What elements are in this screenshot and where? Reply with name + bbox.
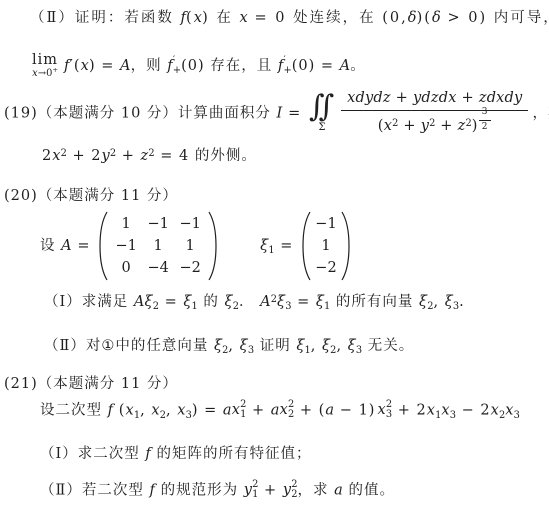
text: > 0) 内可导，且 — [441, 10, 549, 26]
matrix: 1−1−1−1110−4−2 — [99, 211, 217, 281]
fraction: xdydz + ydzdx + zdxdy(x2 + y2 + z2)32 — [341, 88, 528, 139]
superscript: 2 — [110, 148, 116, 159]
text: )( — [417, 10, 432, 26]
question-20-part-2: （Ⅱ）对①中的任意向量 ξ2, ξ3 证明 ξ1, ξ2, ξ3 无关。 — [44, 337, 414, 356]
text: , — [433, 294, 444, 310]
text: ( — [113, 402, 125, 418]
matrix-cell: 1 — [110, 213, 142, 235]
text: 设二次型 — [40, 402, 108, 418]
text: ′( — [70, 58, 81, 74]
subscript: 2 — [222, 345, 228, 356]
under-symbol: Σ — [319, 123, 326, 134]
math-var: ξ — [240, 338, 248, 354]
text: Σ — [319, 122, 326, 133]
question-19-heading: (19)（本题满分 10 分）计算曲面积分 I = ∫∫Σxdydz + ydz… — [4, 88, 549, 139]
math-var: x — [52, 148, 60, 164]
matrix-cell: −1 — [313, 213, 339, 235]
document-page: （Ⅱ）证明：若函数 f(x) 在 x = 0 处连续，在 (0,δ)(δ > 0… — [0, 0, 549, 509]
text: (21)（本题满分 11 分） — [4, 376, 178, 392]
subscript: 3 — [248, 345, 254, 356]
math-var: ydzdx — [413, 90, 457, 106]
subscript: 1 — [435, 410, 441, 421]
matrix-row: −111 — [110, 235, 206, 257]
subscript: 3 — [356, 345, 362, 356]
superscript: 2 — [61, 148, 67, 159]
math-var: ξ — [145, 294, 153, 310]
text: 的所有向量 — [330, 294, 419, 310]
numerator: 3 — [479, 107, 491, 121]
subscript: 1 — [268, 245, 274, 256]
column-vector: −11−2 — [302, 211, 350, 281]
matrix-row: 0−4−2 — [110, 257, 206, 279]
math-var: x — [491, 402, 499, 418]
text: + ( — [294, 402, 325, 418]
text: − 2 — [456, 402, 491, 418]
text: = — [275, 238, 299, 254]
integral-glyph: ∫ — [319, 89, 336, 124]
superscript: 2 — [429, 118, 435, 129]
math-var: y — [244, 482, 252, 498]
math-var: x — [81, 58, 89, 74]
denominator: 2 — [479, 121, 491, 134]
question-20-heading: (20)（本题满分 11 分） — [4, 187, 178, 206]
text: ． — [239, 294, 260, 310]
text: 2 — [482, 122, 488, 132]
text: （Ⅰ）求满足 — [44, 294, 134, 310]
math-var: x — [194, 10, 202, 26]
matrix-cell: 1 — [174, 235, 206, 257]
text: , — [228, 338, 239, 354]
matrix-row: −2 — [313, 257, 339, 279]
subscript: 1 — [324, 301, 330, 312]
math-var: x — [232, 402, 240, 418]
subscript: 3 — [186, 410, 192, 421]
subscript: 2 — [330, 345, 336, 356]
text: 无关。 — [362, 338, 414, 354]
text: 的值。 — [343, 482, 395, 498]
limit-statement-line: limx→0+f′(x) = A，则 f′+(0) 存在，且 f′+(0) = … — [30, 53, 366, 79]
text: ) 在 — [202, 10, 239, 26]
math-var: ξ — [316, 294, 324, 310]
subscript: 1 — [134, 410, 140, 421]
text: （Ⅱ）对①中的任意向量 — [44, 338, 214, 354]
sub-sup-group: f′+ — [278, 58, 292, 74]
subscript: 1 — [192, 301, 198, 312]
sub-sup-group: x21 — [232, 402, 247, 418]
text: = 4 的外侧。 — [155, 148, 257, 164]
math-var: x — [177, 402, 185, 418]
superscript: 2 — [466, 118, 472, 129]
text: (0) = — [292, 58, 340, 74]
math-var: A — [260, 294, 271, 310]
text: + — [258, 482, 282, 498]
text: ( — [186, 10, 194, 26]
math-var: A — [120, 58, 131, 74]
subscript: 3 — [453, 301, 459, 312]
text: 设 — [40, 238, 61, 254]
math-var: y — [283, 482, 291, 498]
script-stack: ′+ — [173, 56, 181, 77]
matrix-body: 1−1−1−1110−4−2 — [110, 213, 206, 279]
math-var: ξ — [225, 294, 233, 310]
text: = 0 处连续，在 — [248, 10, 382, 26]
subscript: + — [283, 66, 291, 76]
text: →0 — [38, 68, 53, 79]
text: . — [459, 294, 465, 310]
subscript: + — [173, 66, 181, 76]
text: 的 — [198, 294, 225, 310]
text: ) = — [192, 402, 223, 418]
matrix-cell: −4 — [142, 257, 174, 279]
sub-sup-group: f′+ — [167, 58, 181, 74]
sub-sup-group: y21 — [244, 482, 259, 498]
text: , — [140, 402, 151, 418]
math-var: z — [458, 118, 466, 134]
question-19-surface-line: 2x2 + 2y2 + z2 = 4 的外侧。 — [42, 147, 257, 166]
text: = — [291, 294, 315, 310]
text: 。 — [350, 58, 366, 74]
text: （Ⅱ）证明：若函数 — [30, 10, 180, 26]
text: = — [282, 106, 306, 122]
text: 3 — [482, 107, 488, 117]
question-21-part-2: （Ⅱ）若二次型 f 的规范形为 y21 + y22，求 a 的值。 — [40, 480, 395, 501]
fraction: 32 — [479, 107, 491, 133]
question-20-matrix-setup: 设 A = 1−1−1−1110−4−2ξ1 = −11−2 — [40, 211, 353, 281]
matrix-paren-right-icon — [208, 211, 217, 281]
math-var: xdydz — [347, 90, 391, 106]
matrix-row: 1−1−1 — [110, 213, 206, 235]
math-var: a — [334, 482, 343, 498]
text: + 2 — [392, 402, 427, 418]
script-stack: ′+ — [283, 56, 291, 77]
text: , — [336, 338, 347, 354]
math-var: x — [125, 402, 133, 418]
text: ，则 — [131, 58, 168, 74]
question-21-part-1: （Ⅰ）求二次型 f 的矩阵的所有特征值； — [40, 445, 312, 464]
subscript: 3 — [450, 410, 456, 421]
under-symbol: x→0+ — [32, 69, 58, 80]
math-var: a — [325, 402, 334, 418]
question-21-quadratic-form: 设二次型 f (x1, x2, x3) = ax21 + ax22 + (a −… — [40, 400, 520, 421]
math-var: δ — [432, 10, 441, 26]
math-var: a — [271, 402, 280, 418]
matrix-paren-left-icon — [99, 211, 108, 281]
text: ) = — [89, 58, 120, 74]
matrix-cell: 0 — [110, 257, 142, 279]
math-var: a — [223, 402, 232, 418]
question-21-heading: (21)（本题满分 11 分） — [4, 375, 178, 394]
subscript: 2 — [427, 301, 433, 312]
math-var: A — [134, 294, 145, 310]
math-var: A — [340, 58, 351, 74]
matrix-row: 1 — [313, 235, 339, 257]
text: (0) 存在，且 — [181, 58, 278, 74]
math-var: x — [441, 402, 449, 418]
subscript: 3 — [285, 301, 291, 312]
superscript: 2 — [392, 118, 398, 129]
subscript: 2 — [499, 410, 505, 421]
math-var: ξ — [419, 294, 427, 310]
text: 2 — [42, 148, 52, 164]
matrix-cell: 1 — [313, 235, 339, 257]
text: 的规范形为 — [155, 482, 244, 498]
text: = — [72, 238, 96, 254]
math-var: y — [421, 118, 429, 134]
text: (20)（本题满分 11 分） — [4, 188, 178, 204]
text: = — [159, 294, 183, 310]
matrix-cell: −1 — [110, 235, 142, 257]
math-var: x — [240, 10, 248, 26]
sub-sup-group: x23 — [377, 402, 392, 418]
text: ，求 — [297, 482, 334, 498]
math-var: zdxdy — [479, 90, 523, 106]
text: ，其中 — [532, 106, 549, 122]
text: + — [246, 402, 270, 418]
text: （Ⅱ）若二次型 — [40, 482, 149, 498]
subscript: 3 — [514, 410, 520, 421]
text: (19)（本题满分 10 分）计算曲面积分 — [4, 106, 277, 122]
text: , — [311, 338, 322, 354]
math-var: δ — [408, 10, 417, 26]
matrix-cell: −2 — [174, 257, 206, 279]
matrix-cell: −2 — [313, 257, 339, 279]
denominator: (x2 + y2 + z2)32 — [341, 111, 528, 139]
matrix-body: −11−2 — [313, 213, 339, 279]
math-var: x — [280, 402, 288, 418]
matrix-cell: −1 — [174, 213, 206, 235]
text: 的矩阵的所有特征值； — [151, 446, 312, 462]
matrix-cell: −1 — [142, 213, 174, 235]
subscript: 1 — [305, 345, 311, 356]
text: (0, — [382, 10, 408, 26]
text: （Ⅰ）求二次型 — [40, 446, 145, 462]
math-var: ξ — [348, 338, 356, 354]
numerator: xdydz + ydzdx + zdxdy — [341, 88, 528, 111]
matrix-paren-right-icon — [341, 211, 350, 281]
sub-sup-group: y22 — [283, 482, 298, 498]
math-var: x — [427, 402, 435, 418]
math-var: A — [61, 238, 72, 254]
math-var: x — [505, 402, 513, 418]
text: , — [166, 402, 177, 418]
matrix-paren-left-icon — [302, 211, 311, 281]
text: + — [435, 118, 457, 134]
text: ) — [472, 118, 478, 134]
math-var: ξ — [277, 294, 285, 310]
math-var: ξ — [296, 338, 304, 354]
math-var: y — [101, 148, 109, 164]
math-var: x — [377, 402, 385, 418]
under-stack: limx→0+ — [32, 53, 58, 79]
math-var: ξ — [214, 338, 222, 354]
main-symbol: ∫∫ — [309, 93, 335, 122]
double-integral-icon: ∫∫ — [309, 93, 335, 122]
subscript: 2 — [160, 410, 166, 421]
superscript: 2 — [271, 294, 277, 305]
sub-sup-group: x22 — [280, 402, 295, 418]
text: + — [391, 90, 413, 106]
math-var: ξ — [183, 294, 191, 310]
text: 证明 — [254, 338, 296, 354]
proof-statement-line: （Ⅱ）证明：若函数 f(x) 在 x = 0 处连续，在 (0,δ)(δ > 0… — [30, 9, 549, 28]
question-20-part-1: （Ⅰ）求满足 Aξ2 = ξ1 的 ξ2． A2ξ3 = ξ1 的所有向量 ξ2… — [44, 293, 465, 312]
math-var: x — [384, 118, 392, 134]
superscript: 2 — [148, 148, 154, 159]
math-var: x — [151, 402, 159, 418]
subscript: 2 — [153, 301, 159, 312]
text: + 2 — [67, 148, 102, 164]
matrix-cell: 1 — [142, 235, 174, 257]
text: + — [116, 148, 140, 164]
under-stack: ∫∫Σ — [309, 93, 335, 133]
text: + — [398, 118, 420, 134]
text: − 1) — [334, 402, 375, 418]
math-var: ξ — [322, 338, 330, 354]
subscript: 2 — [233, 301, 239, 312]
text: + — [457, 90, 479, 106]
superscript: + — [52, 66, 58, 74]
math-var: ξ — [445, 294, 453, 310]
matrix-row: −1 — [313, 213, 339, 235]
